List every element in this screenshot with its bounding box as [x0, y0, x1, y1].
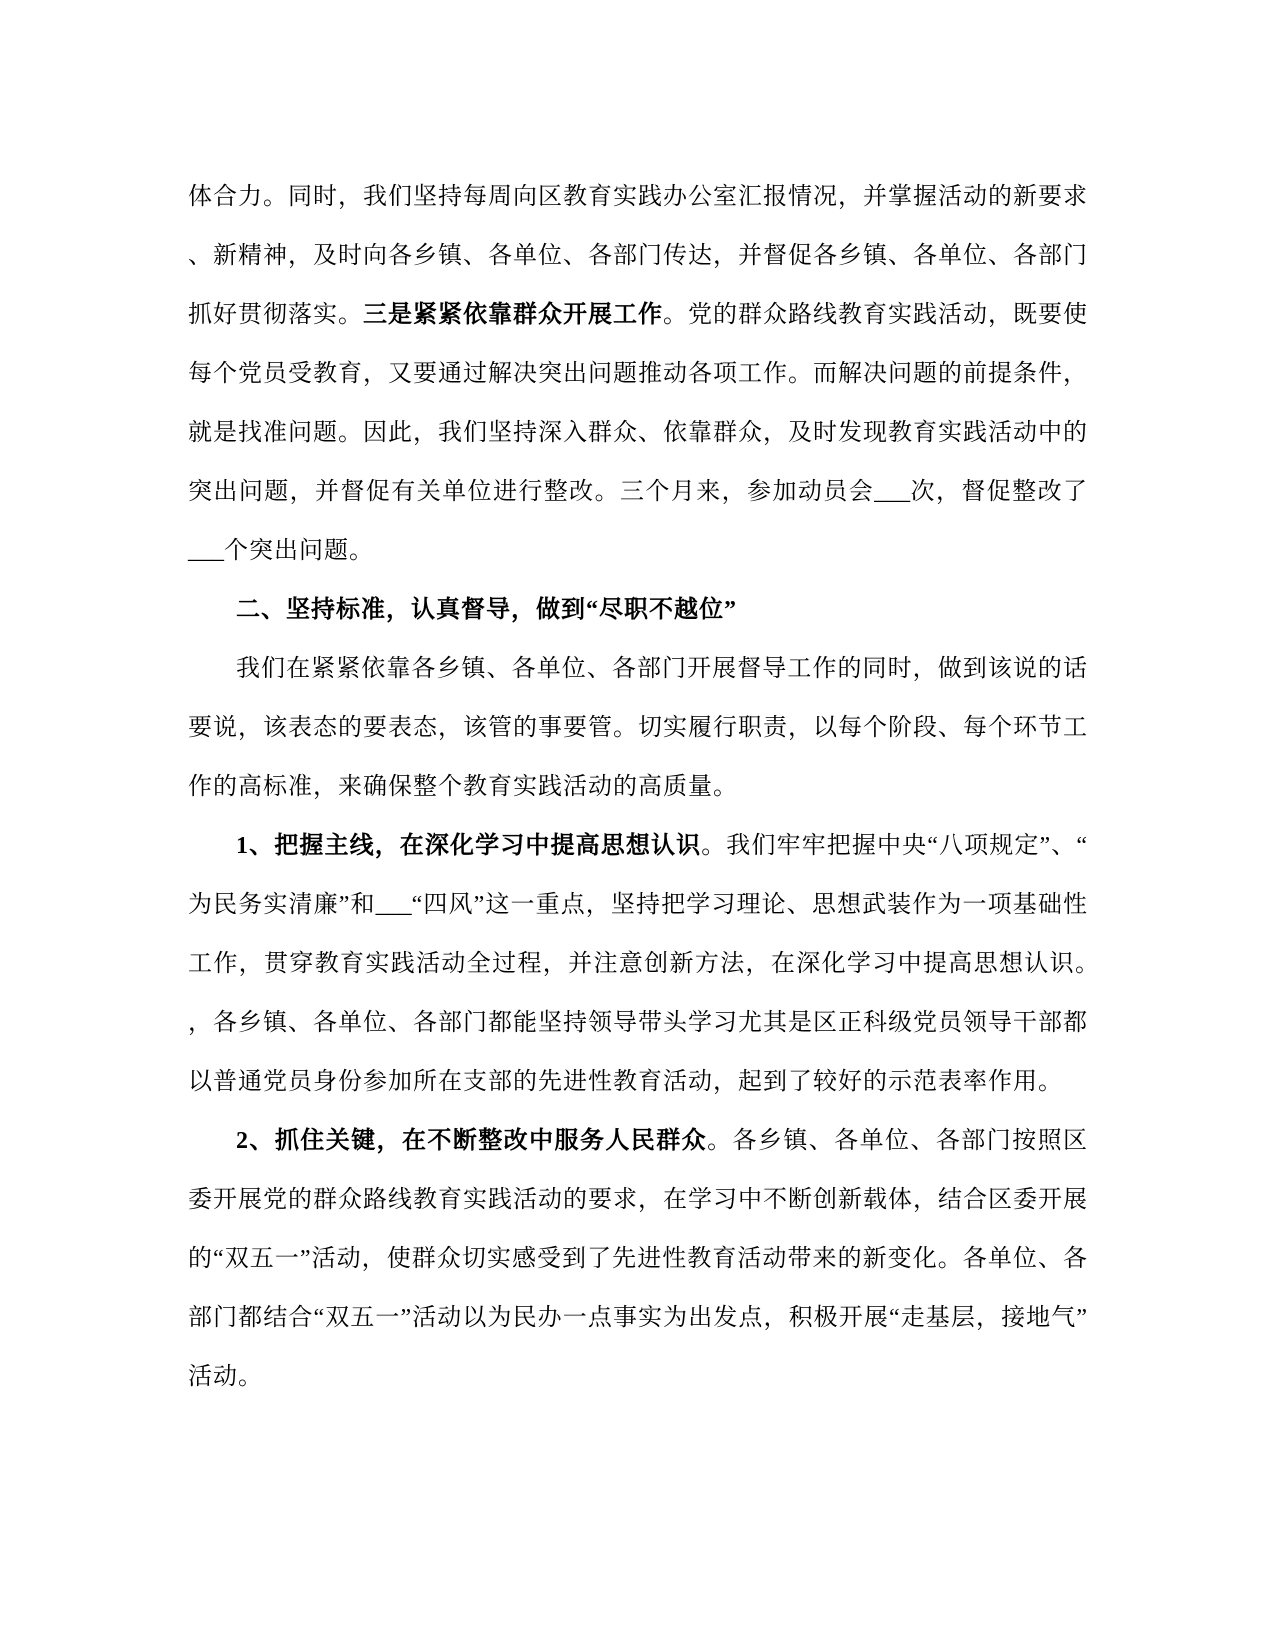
paragraph: 我们在紧紧依靠各乡镇、各单位、各部门开展督导工作的同时，做到该说的话要说，该表态… — [188, 640, 1088, 817]
fill-in-blank: ___ — [874, 479, 910, 505]
paragraph: 1、把握主线，在深化学习中提高思想认识。我们牢牢把握中央“八项规定”、“为民务实… — [188, 817, 1088, 1112]
text-run: 我们在紧紧依靠各乡镇、各单位、各部门开展督导工作的同时，做到该说的话要说，该表态… — [188, 656, 1088, 800]
paragraph: 体合力。同时，我们坚持每周向区教育实践办公室汇报情况，并掌握活动的新要求、新精神… — [188, 168, 1088, 581]
bold-text-run: 1、把握主线，在深化学习中提高思想认识 — [236, 833, 701, 859]
bold-text-run: 二、坚持标准，认真督导，做到“尽职不越位” — [236, 597, 737, 623]
text-run: 。各乡镇、各单位、各部门按照区委开展党的群众路线教育实践活动的要求，在学习中不断… — [188, 1128, 1088, 1390]
fill-in-blank: ___ — [188, 538, 224, 564]
text-run: 个突出问题。 — [224, 538, 374, 564]
bold-text-run: 2、抓住关键，在不断整改中服务人民群众 — [236, 1128, 707, 1154]
document-body: 体合力。同时，我们坚持每周向区教育实践办公室汇报情况，并掌握活动的新要求、新精神… — [188, 168, 1088, 1407]
paragraph: 2、抓住关键，在不断整改中服务人民群众。各乡镇、各单位、各部门按照区委开展党的群… — [188, 1112, 1088, 1407]
fill-in-blank: ___ — [376, 892, 412, 918]
text-run: 。党的群众路线教育实践活动，既要使每个党员受教育，又要通过解决突出问题推动各项工… — [188, 302, 1088, 505]
text-run: 次，督促整改了 — [910, 479, 1088, 505]
section-heading: 二、坚持标准，认真督导，做到“尽职不越位” — [188, 581, 1088, 640]
bold-text-run: 三是紧紧依靠群众开展工作 — [363, 302, 663, 328]
text-run: “四风”这一重点，坚持把学习理论、思想武装作为一项基础性工作，贯穿教育实践活动全… — [188, 892, 1088, 1095]
document-page: 体合力。同时，我们坚持每周向区教育实践办公室汇报情况，并掌握活动的新要求、新精神… — [0, 0, 1275, 1650]
